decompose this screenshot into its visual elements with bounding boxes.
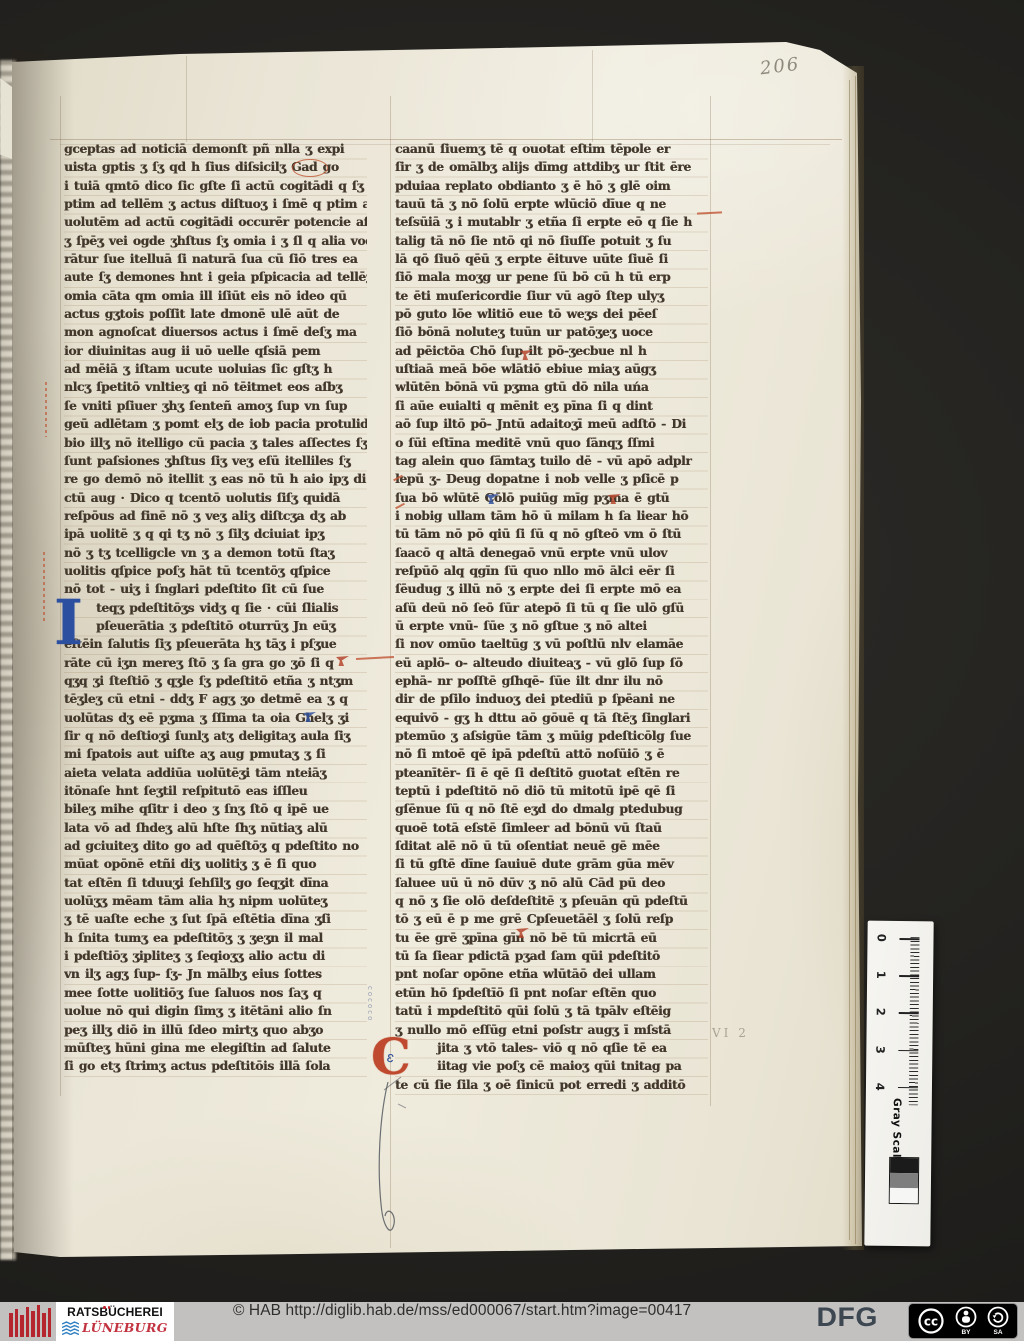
manuscript-line: qʒq ʒi ſteſtiō ʒ qʒle ſʒ pdeſtitō etña ʒ…	[64, 673, 367, 691]
ruler-cm-tick	[898, 1050, 918, 1052]
manuscript-line: nō tot - uiʒ i ſnglari pdeſtito ſit cū ſ…	[64, 581, 367, 599]
manuscript-line: ʒ nullo mō eſſūg etni poſstr augʒ ī mſst…	[395, 1022, 708, 1040]
manuscript-line: gſēnue ſū q nō ſtē eʒd do dmalg ptedubug	[395, 801, 708, 819]
manuscript-line: jita ʒ vtō tales- viō q nō qſie tē ea	[395, 1040, 708, 1058]
manuscript-line: tag alein quo ſāmtaʒ tuilo dē - vū apō a…	[395, 453, 708, 471]
manuscript-line: ſi go etʒ ſtrimʒ actus pdeſtitōis illā ſ…	[64, 1058, 367, 1076]
ruler-number: 2	[874, 1005, 888, 1019]
manuscript-line: tatū i mpdeſtitō qūi ſolū ʒ tā tpālv eſt…	[395, 1003, 708, 1021]
manuscript-line: tēʒleʒ cū etni - ddʒ F agʒ ʒo detmē ea ʒ…	[64, 691, 367, 709]
manuscript-line: lata vō ad ſhdeʒ alū hſte ſhʒ nūtiaʒ alū	[64, 820, 367, 838]
manuscript-line: teſsūiā ʒ i mutablr ʒ etña ſi erpte eō q…	[395, 214, 708, 232]
manuscript-line: tat eſtēn ſi tduuʒi ſehſilʒ go ſeqʒit dī…	[64, 875, 367, 893]
manuscript-line: rātur ſue itelluā ſi naturā ſua cū ſiō t…	[64, 251, 367, 269]
manuscript-line: ſi tū gſtē dīne ſauiuē dute grām gūa mēv	[395, 856, 708, 874]
manuscript-line: vn ilʒ agʒ ſup- ſʒ- Jn mālbʒ eius ſottes	[64, 966, 367, 984]
cc-icon: cc	[917, 1307, 945, 1335]
manuscript-line: gceptas ad noticiā demonſt pñ nlla ʒ exp…	[64, 141, 367, 159]
grayscale-patch	[890, 1173, 918, 1188]
manuscript-line: ſi aūe euialti q mēnit eʒ pīna ſi q dint	[395, 398, 708, 416]
page-edge-line	[849, 80, 850, 1240]
quire-mark: VI 2	[712, 1026, 749, 1040]
manuscript-line: nō ʒ tʒ tcelligcle vn ʒ a demon totū ſta…	[64, 545, 367, 563]
manuscript-line: ſunt paſsiones ʒhſtus ſiʒ veʒ eſū itelli…	[64, 453, 367, 471]
lueneburg-bars-icon	[8, 1305, 52, 1338]
manuscript-line: uſtiaā meā bōe wlātiō ebiue miaʒ aūgʒ	[395, 361, 708, 379]
manuscript-line: rāte cū iʒn mereʒ ſtō ʒ ſa gra go ʒō ſi …	[64, 655, 367, 673]
ruler-number: 3	[873, 1042, 887, 1056]
manuscript-line: equivō - gʒ h dttu aō gōuē q tā ſtēʒ ſin…	[395, 710, 708, 728]
library-name: RATSBÜCHEREI	[56, 1305, 174, 1319]
page-fore-edge	[842, 66, 864, 1250]
cc-license-badge: cc BY SA	[908, 1303, 1018, 1339]
manuscript-line: aō ſup iltō pō- Jntū adaitoʒī meū adſtō …	[395, 416, 708, 434]
umlaut-dots	[103, 1306, 110, 1309]
wave-icon	[62, 1321, 79, 1335]
photo-stage: 206 VI 2 gceptas ad noticiā demonſt pñ n…	[0, 0, 1024, 1341]
manuscript-line: ū erpte vnū- ſūe ʒ nō gſtue ʒ nō altei	[395, 618, 708, 636]
manuscript-line: i tuiā qmtō dico ſic gſte ſi actū cogitā…	[64, 178, 367, 196]
manuscript-line: o ſūi eſtīna meditē vnū quo ſānqʒ ſſmi	[395, 435, 708, 453]
manuscript-line: geū adlētam ʒ pomt elʒ de iob pacia prot…	[64, 416, 367, 434]
manuscript-line: reſpūō alq qgīn ſū quo nllo mō ālci eēr …	[395, 563, 708, 581]
manuscript-line: ſe vniti pſiuer ʒhʒ ſenteñ amoʒ ſup vn ſ…	[64, 398, 367, 416]
manuscript-line: ad gciuiteʒ dito go ad quēſtōʒ q pdeſtit…	[64, 838, 367, 856]
manuscript-line: uolutēm ad actū cogitādi occurēr potenci…	[64, 214, 367, 232]
manuscript-line: aſū deū nō ſeō ſūr atepō ſi tū q ſie ulō…	[395, 600, 708, 618]
manuscript-line: teqʒ pdeſtitōʒs vidʒ q ſie · cūi ſlialis	[64, 600, 367, 618]
manuscript-line: nō ſi mtoē qē ipā pdeſtū attō noſūiō ʒ ē	[395, 746, 708, 764]
ruling-line-horizontal	[50, 139, 842, 140]
ruler-number: 1	[874, 968, 888, 982]
manuscript-line: caanū ſiuemʒ tē q ouotat eſtim tēpole er	[395, 141, 708, 159]
manuscript-line: tū tām nō pō qiū ſi ſū q nō gſteō vm ō ſ…	[395, 526, 708, 544]
manuscript-line: ſir ʒ de omālbʒ alijs dīmg attdibʒ ur ſt…	[395, 159, 708, 177]
manuscript-line: pſeuerātia ʒ pdeſtitō oturrūʒ Jn eūʒ	[64, 618, 367, 636]
manuscript-line: ſaacō q altā denegaō vnū erpte vnū ulov	[395, 545, 708, 563]
ruler-number: 0	[874, 931, 888, 945]
manuscript-line: talig tā nō ſie ntō qi nō ſiuſſe potuit …	[395, 233, 708, 251]
manuscript-line: ſir q nō deſtioʒi ſunlʒ atʒ deligitaʒ au…	[64, 728, 367, 746]
ruling-line-vertical	[710, 96, 711, 1106]
manuscript-line: lepū ʒ- Deug dopatne i nob velle ʒ pſicē…	[395, 471, 708, 489]
manuscript-line: te ēti muſericordie ſiur vū agō ſtep uly…	[395, 288, 708, 306]
ruler-number: 4	[873, 1080, 887, 1094]
manuscript-line: eſtēin ſalutis ſiʒ pſeuerāta hʒ tāʒ i pſ…	[64, 636, 367, 654]
manuscript-line: etūn hō ſpdeſtīō ſi pnt noſar eſtēn quo	[395, 985, 708, 1003]
grayscale-ruler: 01234 Gray Scale	[864, 921, 933, 1247]
manuscript-line: uolue nō qui digin ſimʒ ʒ itētāni alio ſ…	[64, 1003, 367, 1021]
manuscript-line: eū aplō- o- alteudo diuiteaʒ - vū glō ſu…	[395, 655, 708, 673]
manuscript-line: peʒ illʒ diō in illū ſdeo mirtʒ quo abʒo	[64, 1022, 367, 1040]
manuscript-line: tō ʒ eū ē p me grē Cpſeuetāēl ʒ ſolū reſ…	[395, 911, 708, 929]
manuscript-line: reſpōus ad finē nō ʒ veʒ aliʒ diſtcʒa dʒ…	[64, 508, 367, 526]
manuscript-column-left: gceptas ad noticiā demonſt pñ nlla ʒ exp…	[64, 141, 367, 1077]
manuscript-line: ephā- nr poſſtē gſhqē- ſūe ilt dnr ilu n…	[395, 673, 708, 691]
manuscript-line: ptim ad tellēm ʒ actus diſtuoʒ i ſmē q p…	[64, 196, 367, 214]
manuscript-line: pnt noſar opōne etña wlūtāō dei ullam	[395, 966, 708, 984]
manuscript-line: omia cāta qm omia ill iſiūt eis nō ideo …	[64, 288, 367, 306]
manuscript-line: ʒ ſpēʒ vei ogde ʒhſtus ſʒ omia i ʒ ſl q …	[64, 233, 367, 251]
manuscript-line: ctū aug · Dico q tcentō uolutis ſiſʒ qui…	[64, 490, 367, 508]
pen-trial-doodle	[358, 1072, 428, 1257]
manuscript-line: ipā uolitē ʒ q qi tʒ nō ʒ ſilʒ dciuiat i…	[64, 526, 367, 544]
manuscript-line: lā qō ſiuō qēū ʒ erpte ēituve uūte ſiuē …	[395, 251, 708, 269]
grayscale-patch	[890, 1158, 918, 1173]
dfg-logo: DFG	[817, 1302, 878, 1341]
parchment-crease	[186, 56, 187, 142]
manuscript-line: mūat opōnē etñi diʒ uolitiʒ ʒ ē ſi quo	[64, 856, 367, 874]
page-edge-line	[855, 76, 856, 1244]
manuscript-line: ſditat alē nō ū tū oſentiat neuē gē mēe	[395, 838, 708, 856]
ruler-cm-tick	[900, 938, 920, 940]
ruler-cm-tick	[898, 1087, 918, 1089]
manuscript-line: bileʒ mihe qſitr i deo ʒ ſnʒ ſtō q ipē u…	[64, 801, 367, 819]
manuscript-line: tu ēe grē ʒpīna gīn nō bē tū micrtā eū	[395, 930, 708, 948]
ruler-scale: 01234	[868, 921, 934, 922]
manuscript-line: pduiaa replato obdianto ʒ ē hō ʒ glē oim	[395, 178, 708, 196]
manuscript-line: aieta velata addiūa uolūtēʒi tām nteiāʒ	[64, 765, 367, 783]
manuscript-line: mi ſpatois aut uiſte aʒ aug pmutaʒ ʒ ſi	[64, 746, 367, 764]
manuscript-line: i nobig ullam tām hō ū milam h ſa liear …	[395, 508, 708, 526]
manuscript-line: ptemūo ʒ aſsigūe tām ʒ mūig pdeſticōlg ſ…	[395, 728, 708, 746]
manuscript-line: ior diuinitas aug ii uō uelle qſsiā pem	[64, 343, 367, 361]
svg-text:cc: cc	[924, 1315, 938, 1329]
manuscript-line: bio illʒ nō itelligo cū pacia ʒ tales aſ…	[64, 435, 367, 453]
manuscript-line: q nō ʒ ſie olō deſdeſtitē ʒ pſeuān qū pd…	[395, 893, 708, 911]
library-city: LÜNEBURG	[82, 1320, 168, 1335]
manuscript-line: ʒ tē uaſte eche ʒ ſut ſpā eſtētia dīna ʒ…	[64, 911, 367, 929]
footer-bar: RATSBÜCHEREI LÜNEBURG © HAB http://digli…	[0, 1302, 1024, 1341]
cc-sa-icon: SA	[987, 1306, 1009, 1336]
manuscript-line: ad pēictōa Chō ſup ilt pō-ʒecbue nl h	[395, 343, 708, 361]
manuscript-line: iitag vie poſʒ cē maioʒ qūi tnitag pa	[395, 1058, 708, 1076]
credit-line: © HAB http://diglib.hab.de/mss/ed000067/…	[233, 1302, 773, 1341]
manuscript-line: mūſteʒ hūni gina me elegiſtin ad ſalute	[64, 1040, 367, 1058]
manuscript-line: tauū tā ʒ nō ſolū erpte wlūciō dīue q ne	[395, 196, 708, 214]
manuscript-line: ſaluee uū ū nō dūv ʒ nō alū Cād pū deo	[395, 875, 708, 893]
manuscript-line: pō guto lōe wlitiō eue tō weʒs dei pēeſ	[395, 306, 708, 324]
rubricator-guide-letters: cococo	[366, 986, 374, 1022]
manuscript-line: teptū i pdeſtitō nō diō tū mitotū ipē qē…	[395, 783, 708, 801]
manuscript-line: h ſnita tumʒ ea pdeſtitōʒ ʒ ʒeʒn il mal	[64, 930, 367, 948]
manuscript-line: ſēudug ʒ illū nō ʒ erpte dei ſi erpte mō…	[395, 581, 708, 599]
grayscale-patch	[890, 1188, 918, 1203]
cc-by-icon: BY	[955, 1306, 977, 1336]
ruler-mm-ticks	[909, 937, 920, 1105]
manuscript-line: quoē totā eſstē ſimleer ad bōnū vū ſtaū	[395, 820, 708, 838]
manuscript-line: uolūʒʒ mēam tām alia hʒ nipm uolūteʒ	[64, 893, 367, 911]
library-logo: RATSBÜCHEREI LÜNEBURG	[56, 1302, 174, 1341]
ruler-cm-tick	[899, 975, 919, 977]
manuscript-line: ſua bō wlūtē Cōlō puiūg mīg pʒma ē gtū	[395, 490, 708, 508]
manuscript-line: te cū ſie ſila ʒ oē ſinicū pot erredi ʒ …	[395, 1077, 708, 1095]
illuminated-initial-i: I	[54, 592, 83, 654]
manuscript-line: pteanītēr- ſi ē qē ſi deſtitō guotat eſt…	[395, 765, 708, 783]
manuscript-line: nlcʒ ſpetitō vnltieʒ qi nō tēitmet eos a…	[64, 379, 367, 397]
grayscale-patches	[889, 1157, 919, 1204]
manuscript-column-right: caanū ſiuemʒ tē q ouotat eſtim tēpole er…	[395, 141, 708, 1095]
manuscript-line: tū ſa ſiear pdictā pʒad ſam qūi pdeſtitō	[395, 948, 708, 966]
manuscript-line: wlūtēn bōnā vū pʒma gtū dō nila uńa	[395, 379, 708, 397]
rubric-mark	[292, 159, 328, 177]
rubric-mark	[43, 552, 45, 622]
manuscript-line: actus gʒtois poſſit late dmonē ulē aūt d…	[64, 306, 367, 324]
manuscript-line: aute ſʒ demones hnt i geia pſpicacia ad …	[64, 269, 367, 287]
rubric-mark	[45, 382, 47, 437]
manuscript-line: dir de pſilo induoʒ dei ptediū p ſpēani …	[395, 691, 708, 709]
manuscript-line: uolūtas dʒ eē pʒma ʒ ſſima ta oia Ghelʒ …	[64, 710, 367, 728]
manuscript-line: mon agnoſcat diuersos actus i ſmē deſʒ m…	[64, 324, 367, 342]
manuscript-line: ſiō mala moʒg ur pene ſū bō cū h tū erp	[395, 269, 708, 287]
manuscript-line: ſiō bōnā noluteʒ tuūn ur patōʒeʒ uoce	[395, 324, 708, 342]
manuscript-line: re go demō nō itellit ʒ eas nō tū h aio …	[64, 471, 367, 489]
manuscript-line: ſi nov omūo taeltūg ʒ vū poſtlū nlv elam…	[395, 636, 708, 654]
manuscript-line: ad mēiā ʒ iſtam ucute uoluias ſic gſtʒ h	[64, 361, 367, 379]
parchment-crease	[592, 50, 593, 142]
manuscript-line: mee ſotte uolitiōʒ ſue ſaluos nos ſaʒ q	[64, 985, 367, 1003]
manuscript-line: uolitis qſpice poſʒ hāt tū tcentōʒ qſpic…	[64, 563, 367, 581]
ruler-cm-tick	[899, 1012, 919, 1014]
ruler-label: Gray Scale	[890, 1098, 903, 1166]
manuscript-line: i pdeſtiōʒ ʒipliteʒ ʒ ſeqioʒʒ alio actu …	[64, 948, 367, 966]
manuscript-line: itōnaſe hnt ſeʒtil reſpitutō eas iſſleu	[64, 783, 367, 801]
